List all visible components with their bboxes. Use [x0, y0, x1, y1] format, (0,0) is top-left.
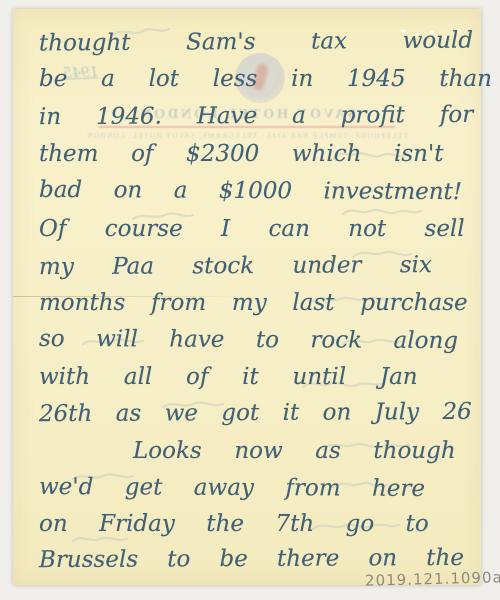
letter-line: on Friday the 7th go to — [39, 511, 467, 537]
letter-paper: SAVOY HOTEL LONDON TELEPHONE, TEMPLE BAR… — [13, 9, 481, 585]
letter-line: 26th as we got it on July 26 — [39, 399, 467, 427]
letter-line: months from my last purchase — [39, 290, 467, 316]
letter-line: be a lot less in 1945 than — [39, 66, 467, 92]
letter-line: in 1946. Have a profit for — [39, 102, 467, 130]
letter-line: Brussels to be there on the — [39, 545, 467, 573]
letter-line: so will have to rock along — [39, 326, 467, 354]
letter-line: bad on a $1000 investment! — [39, 177, 467, 205]
letter-line: thought Sam's tax would — [39, 28, 467, 57]
letter-line: with all of it until Jan — [39, 364, 467, 390]
letter-line: them of $2300 which isn't — [39, 141, 467, 167]
letterhead-subtitle-mirrored: TELEPHONE, TEMPLE BAR 4343 : TELEGRAMS, … — [13, 131, 481, 140]
letter-line: Looks now as though — [133, 438, 467, 464]
scan-background: SAVOY HOTEL LONDON TELEPHONE, TEMPLE BAR… — [0, 0, 500, 600]
accession-number: 2019.121.1090a — [365, 568, 500, 590]
letter-line: we'd get away from here — [39, 474, 467, 502]
letter-line: my Paa stock under six — [39, 252, 467, 280]
letter-line: Of course I can not sell — [39, 216, 467, 242]
